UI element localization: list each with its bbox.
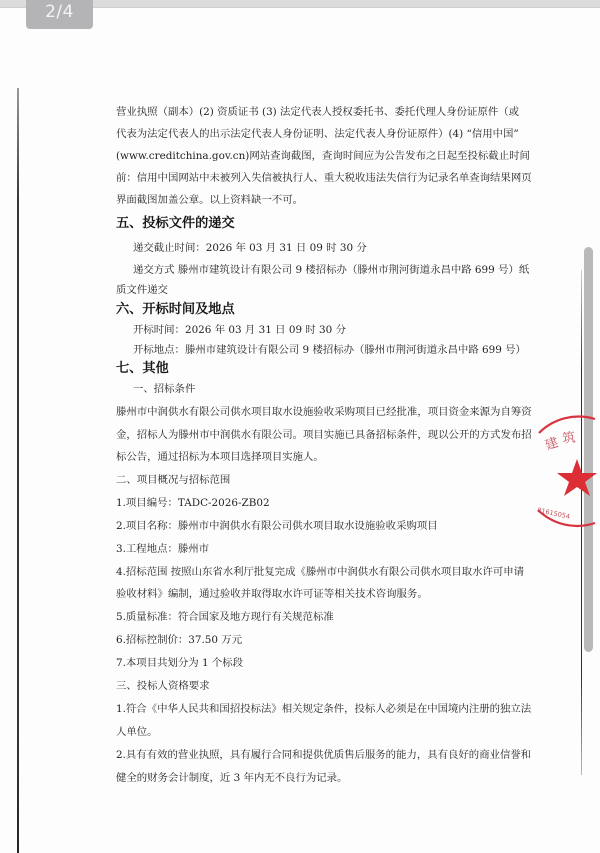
seal-icon: 建 筑 81615054 (535, 415, 600, 531)
subsection-heading: 三、投标人资格要求 (116, 677, 210, 692)
list-item: 4.招标范围 按照山东省水利厅批复完成《滕州市中润供水有限公司供水项目取水许可申… (116, 563, 524, 578)
subsection-heading: 二、项目概况与招标范围 (116, 471, 230, 486)
submission-method-line: 质文件递交 (116, 281, 168, 296)
list-item: 6.招标控制价：37.50 万元 (116, 631, 242, 646)
body-line: 健全的财务会计制度，近 3 年内无不良行为记录。 (116, 769, 347, 784)
section-heading: 七、其他 (116, 357, 169, 376)
list-item: 5.质量标准：符合国家及地方现行有关规范标准 (116, 608, 334, 623)
body-line: 1.符合《中华人民共和国招投标法》相关规定条件，投标人必须是在中国境内注册的独立… (116, 700, 531, 715)
body-line: 前：信用中国网站中未被列入失信被执行人、重大税收违法失信行为记录名单查询结果网页 (116, 169, 532, 184)
section-heading: 五、投标文件的递交 (116, 212, 235, 231)
submission-method-line: 递交方式 滕州市建筑设计有限公司 9 楼招标办（滕州市荆河街道永昌中路 699 … (133, 261, 529, 276)
list-item: 验收材料》编制，通过验收并取得取水许可证等相关技术咨询服务。 (116, 585, 428, 600)
body-line: 营业执照（副本）(2) 资质证书 (3) 法定代表人授权委托书、委托代理人身份证… (116, 103, 519, 118)
svg-text:筑: 筑 (561, 430, 576, 447)
list-item: 2.项目名称：滕州市中润供水有限公司供水项目取水设施验收采购项目 (116, 517, 438, 532)
section-heading: 六、开标时间及地点 (116, 298, 235, 317)
opening-time-line: 开标时间：2026 年 03 月 31 日 09 时 30 分 (133, 321, 346, 336)
official-seal: 建 筑 81615054 (535, 415, 600, 531)
list-item: 1.项目编号：TADC-2026-ZB02 (116, 494, 270, 509)
body-line: 2.具有有效的营业执照，具有履行合同和提供优质售后服务的能力，具有良好的商业信誉… (116, 746, 531, 761)
body-line: 金，招标人为滕州市中润供水有限公司。项目实施已具备招标条件，现以公开的方式发布招 (116, 426, 532, 441)
body-line: 代表为法定代表人的出示法定代表人身份证明、法定代表人身份证原件）(4) “信用中… (116, 125, 519, 140)
body-line: 滕州市中润供水有限公司供水项目取水设施验收采购项目已经批准，项目资金来源为自筹资 (116, 403, 532, 418)
body-line: 标公告，通过招标为本项目选择项目实施人。 (116, 448, 324, 463)
body-line: 界面截图加盖公章。以上资料缺一不可。 (116, 191, 303, 206)
list-item: 7.本项目共划分为 1 个标段 (116, 654, 243, 669)
page-indicator: 2/4 (26, 0, 93, 29)
svg-text:建: 建 (543, 434, 561, 453)
opening-place-line: 开标地点：滕州市建筑设计有限公司 9 楼招标办（滕州市荆河街道永昌中路 699 … (133, 341, 526, 356)
paper-left-edge (17, 88, 19, 853)
deadline-line: 递交截止时间：2026 年 03 月 31 日 09 时 30 分 (133, 239, 367, 254)
body-line: 人单位。 (116, 723, 158, 738)
body-line: (www.creditchina.gov.cn)网站查询截图，查询时间应为公告发… (116, 147, 530, 162)
list-item: 3.工程地点：滕州市 (116, 540, 209, 555)
subsection-heading: 一、招标条件 (133, 380, 195, 395)
svg-text:81615054: 81615054 (537, 506, 571, 521)
